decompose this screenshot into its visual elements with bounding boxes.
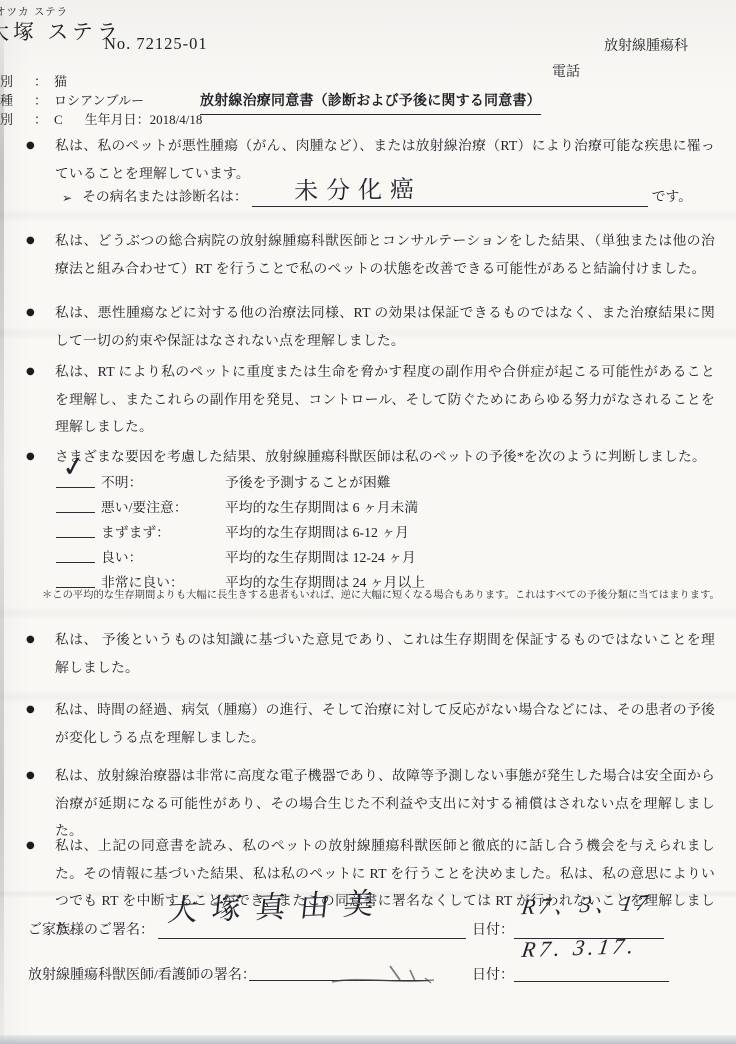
prognosis-check-line: [56, 494, 95, 513]
prognosis-option-poor: 悪い/要注意： 平均的な生存期間は 6 ヶ月未満: [55, 496, 715, 518]
clause-6-text: 私は、 予後というものは知識に基づいた意見であり、これは生存期間を保証するもので…: [55, 626, 715, 681]
pet-species-value: 猫: [54, 74, 67, 89]
owner-furigana: オツカ ステラ: [0, 2, 112, 17]
vet-date-line: R7. 3.17.: [514, 957, 669, 982]
clause-7-text: 私は、時間の経過、病気（腫瘍）の進行、そして治療に対して反応がない場合などには、…: [55, 696, 715, 751]
bullet-icon: ●: [26, 299, 55, 354]
form-title: 放射線治療同意書（診断および予後に関する同意書）: [200, 90, 541, 115]
prognosis-option-desc: 平均的な生存期間は 12-24 ヶ月: [225, 546, 416, 566]
prognosis-option-label: 悪い/要注意：: [101, 496, 188, 516]
pet-breed-value: ロシアンブルー: [54, 93, 144, 108]
clause-3-text: 私は、悪性腫瘍などに対する他の治療法同様、RT の効果は保証できるものではなく、…: [55, 299, 715, 354]
diagnosis-blank-line: 未分化癌: [252, 176, 648, 207]
prognosis-option-label: 良い：: [101, 546, 142, 566]
prognosis-option-label: まずまず：: [101, 521, 170, 541]
prognosis-option-desc: 予後を予測することが困難: [225, 471, 391, 491]
pet-sex-dob-row: 別：C生年月日：2018/4/18: [0, 109, 202, 128]
pet-row-label: 種: [0, 90, 34, 109]
vet-date-handwritten: R7. 3.17.: [520, 933, 639, 963]
prognosis-option-good: 良い： 平均的な生存期間は 12-24 ヶ月: [55, 546, 715, 568]
prognosis-option-desc: 平均的な生存期間は 6-12 ヶ月: [225, 521, 409, 541]
vet-signature-label: 放射線腫瘍科獣医師/看護師の署名：: [28, 964, 256, 984]
family-signature-handwritten: 大塚真由美: [166, 878, 391, 930]
checkmark-handwritten: ✓: [60, 449, 88, 485]
diagnosis-handwritten: 未分化癌: [293, 169, 422, 206]
scan-edge-left: [0, 0, 4, 1044]
pet-sex-value: C: [54, 112, 63, 127]
clause-4-text: 私は、RT により私のペットに重度または生命を脅かす程度の副作用や合併症が起こる…: [55, 358, 715, 441]
clause-5-text: さまざまな要因を考慮した結果、放射線腫瘍科獣医師は私のペットの予後*を次のように…: [55, 443, 715, 471]
bullet-icon: ●: [26, 443, 55, 471]
pet-row-separator: ：: [34, 90, 54, 109]
bullet-icon: ●: [26, 132, 55, 187]
clause-7: ● 私は、時間の経過、病気（腫瘍）の進行、そして治療に対して反応がない場合などに…: [26, 696, 718, 751]
prognosis-check-line: ✓: [56, 469, 95, 488]
pet-species-row: 別：猫: [0, 71, 67, 90]
clause-6: ● 私は、 予後というものは知識に基づいた意見であり、これは生存期間を保証するも…: [26, 626, 718, 681]
prognosis-check-line: [56, 544, 95, 563]
bullet-icon: ●: [26, 227, 55, 282]
diagnosis-label: その病名または診断名は：: [82, 185, 248, 207]
paper-crease: [0, 606, 736, 620]
prognosis-option-desc: 平均的な生存期間は 6 ヶ月未満: [225, 496, 418, 516]
diagnosis-suffix: です。: [652, 185, 692, 207]
vet-date-label: 日付：: [472, 964, 514, 984]
clause-2-text: 私は、どうぶつの総合病院の放射線腫瘍科獣医師とコンサルテーションをした結果、（単…: [55, 227, 715, 282]
family-signature-line: 大塚真由美: [158, 914, 466, 939]
prognosis-check-line: [56, 519, 95, 538]
pet-dob-value: 生年月日：2018/4/18: [85, 112, 203, 127]
family-date-handwritten: R7、3、17: [520, 886, 654, 922]
clause-3: ● 私は、悪性腫瘍などに対する他の治療法同様、RT の効果は保証できるものではな…: [26, 299, 718, 354]
bullet-icon: ●: [26, 358, 55, 441]
clause-5-prognosis-intro: ● さまざまな要因を考慮した結果、放射線腫瘍科獣医師は私のペットの予後*を次のよ…: [26, 443, 718, 471]
arrowhead-icon: ➢: [62, 191, 82, 207]
prognosis-footnote: ＊この平均的な生存期間よりも大幅に長生きする患者もいれば、逆に大幅に短くなる場合…: [42, 586, 718, 601]
family-date-label: 日付：: [472, 919, 514, 939]
scanned-consent-form: オツカ ステラ 大塚 ステラ No. 72125-01 放射線腫瘍科 電話 別：…: [0, 0, 736, 1044]
phone-label: 電話: [552, 61, 580, 81]
department-name: 放射線腫瘍科: [604, 35, 688, 55]
pet-row-label: 別: [0, 71, 34, 90]
bullet-icon: ●: [26, 696, 55, 751]
scan-edge-bottom: [0, 1035, 736, 1044]
prognosis-option-fair: まずまず： 平均的な生存期間は 6-12 ヶ月: [55, 521, 715, 543]
clause-4: ● 私は、RT により私のペットに重度または生命を脅かす程度の副作用や合併症が起…: [26, 358, 718, 441]
vet-signature-partial-strokes: [330, 960, 450, 990]
bullet-icon: ●: [26, 626, 55, 681]
diagnosis-line: ➢ その病名または診断名は： 未分化癌 です。: [62, 176, 692, 207]
case-number: No. 72125-01: [104, 34, 208, 54]
prognosis-option-label: 不明：: [101, 471, 142, 491]
clause-2: ● 私は、どうぶつの総合病院の放射線腫瘍科獣医師とコンサルテーションをした結果、…: [26, 227, 718, 282]
pet-row-separator: ：: [34, 109, 54, 128]
pet-row-label: 別: [0, 109, 34, 128]
pet-row-separator: ：: [34, 71, 54, 90]
pet-breed-row: 種：ロシアンブルー: [0, 90, 144, 109]
paper-crease: [0, 208, 736, 222]
family-signature-label: ご家族様のご署名：: [28, 919, 154, 939]
prognosis-option-unknown: ✓ 不明： 予後を予測することが困難: [55, 471, 715, 493]
